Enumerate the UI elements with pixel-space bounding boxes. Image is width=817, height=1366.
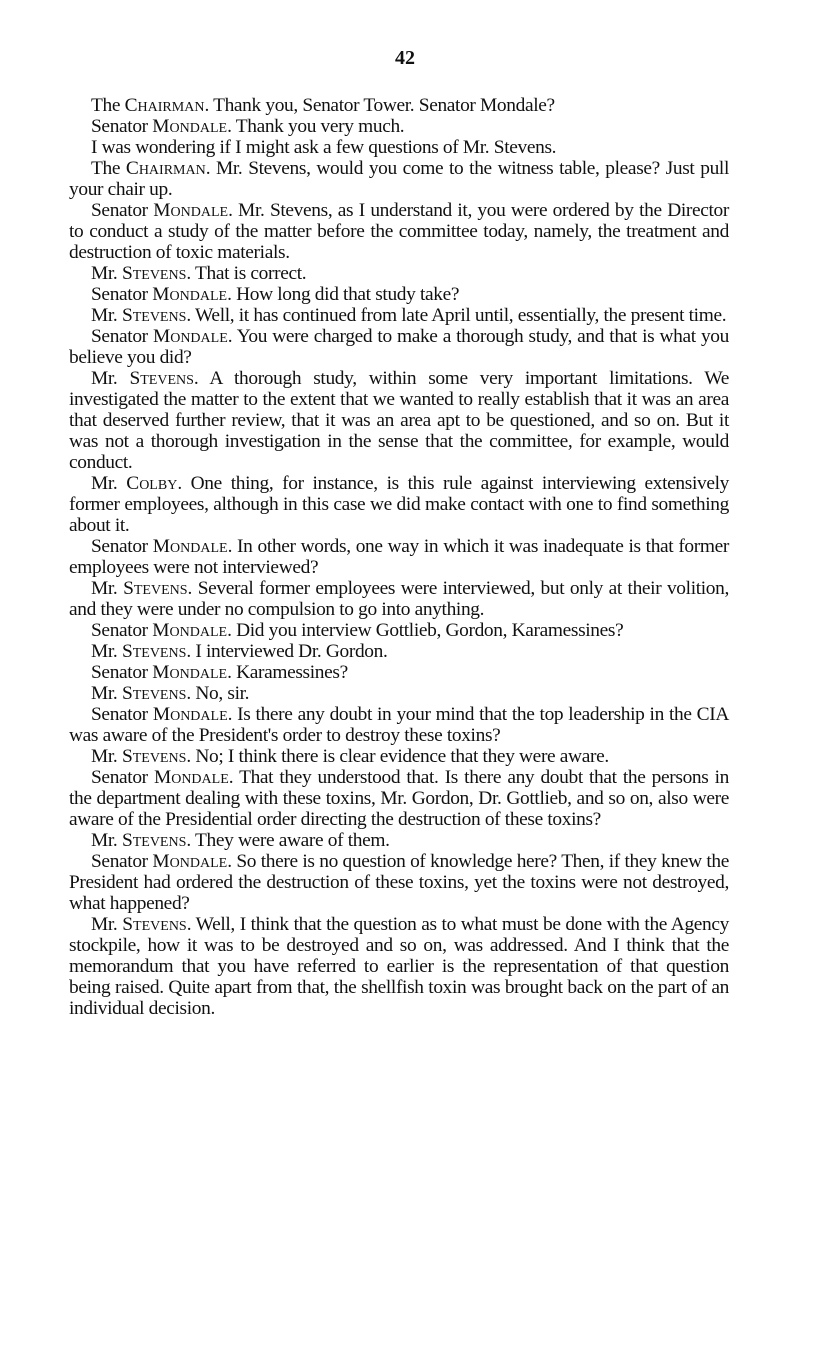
speaker-title: Mr. — [91, 914, 117, 935]
speech-text: Well, it has continued from late April u… — [191, 305, 726, 326]
speech-text: Karamessines? — [232, 662, 348, 683]
transcript-paragraph: Mr. Stevens. Well, it has continued from… — [69, 305, 729, 326]
transcript-paragraph: Mr. Stevens. I interviewed Dr. Gordon. — [69, 641, 729, 662]
speech-text: Thank you very much. — [232, 116, 405, 137]
speaker-name: Mondale — [152, 116, 227, 137]
speech-text: No, sir. — [191, 683, 249, 704]
speech-text: How long did that study take? — [232, 284, 460, 305]
document-page: 42 The Chairman. Thank you, Senator Towe… — [69, 48, 729, 1019]
transcript-paragraph: Senator Mondale. So there is no question… — [69, 851, 729, 914]
transcript-paragraph: Mr. Colby. One thing, for instance, is t… — [69, 473, 729, 536]
speaker-name: Stevens — [122, 683, 186, 704]
transcript-paragraph: I was wondering if I might ask a few que… — [69, 137, 729, 158]
speaker-title: Senator — [91, 116, 148, 137]
page-number: 42 — [69, 48, 729, 69]
transcript-paragraph: Senator Mondale. You were charged to mak… — [69, 326, 729, 368]
speaker-title: Mr. — [91, 830, 117, 851]
transcript-paragraph: Mr. Stevens. No; I think there is clear … — [69, 746, 729, 767]
transcript-paragraph: Senator Mondale. In other words, one way… — [69, 536, 729, 578]
speaker-name: Mondale — [153, 536, 228, 557]
transcript-paragraph: Senator Mondale. Is there any doubt in y… — [69, 704, 729, 746]
speech-text: They were aware of them. — [191, 830, 390, 851]
speaker-name: Stevens — [122, 641, 186, 662]
speaker-title: Mr. — [91, 683, 117, 704]
speaker-name: Chairman — [126, 158, 206, 179]
transcript-paragraph: Mr. Stevens. That is correct. — [69, 263, 729, 284]
hearing-transcript: The Chairman. Thank you, Senator Tower. … — [69, 95, 729, 1019]
transcript-paragraph: Mr. Stevens. They were aware of them. — [69, 830, 729, 851]
speaker-name: Mondale — [153, 326, 228, 347]
speech-text: I interviewed Dr. Gordon. — [191, 641, 388, 662]
speaker-name: Stevens — [122, 305, 186, 326]
speaker-title: Mr. — [91, 305, 117, 326]
transcript-paragraph: Senator Mondale. Did you interview Gottl… — [69, 620, 729, 641]
transcript-paragraph: Senator Mondale. Mr. Stevens, as I under… — [69, 200, 729, 263]
speech-text: No; I think there is clear evidence that… — [191, 746, 609, 767]
transcript-paragraph: The Chairman. Thank you, Senator Tower. … — [69, 95, 729, 116]
speaker-name: Mondale — [152, 284, 227, 305]
transcript-paragraph: The Chairman. Mr. Stevens, would you com… — [69, 158, 729, 200]
speaker-title: Senator — [91, 326, 148, 347]
speaker-name: Colby — [126, 473, 177, 494]
speaker-title: Senator — [91, 284, 148, 305]
speaker-title: Senator — [91, 620, 148, 641]
speaker-title: Senator — [91, 536, 148, 557]
speaker-name: Mondale — [152, 662, 227, 683]
transcript-paragraph: Senator Mondale. How long did that study… — [69, 284, 729, 305]
speech-text: That is correct. — [191, 263, 306, 284]
speech-text: Thank you, Senator Tower. Senator Mondal… — [209, 95, 555, 116]
speaker-title: Mr. — [91, 368, 117, 389]
transcript-paragraph: Mr. Stevens. A thorough study, within so… — [69, 368, 729, 473]
speaker-name: Stevens — [129, 368, 193, 389]
speaker-title: Senator — [91, 662, 148, 683]
speaker-name: Stevens — [122, 914, 186, 935]
speaker-name: Mondale — [153, 200, 228, 221]
speech-text: Did you interview Gottlieb, Gordon, Kara… — [232, 620, 624, 641]
transcript-paragraph: Senator Mondale. Thank you very much. — [69, 116, 729, 137]
transcript-paragraph: Mr. Stevens. No, sir. — [69, 683, 729, 704]
transcript-paragraph: Mr. Stevens. Several former employees we… — [69, 578, 729, 620]
speaker-name: Mondale — [152, 851, 227, 872]
speaker-title: Senator — [91, 851, 148, 872]
speaker-title: Mr. — [91, 473, 117, 494]
speaker-name: Stevens — [122, 830, 186, 851]
speaker-name: Stevens — [122, 263, 186, 284]
speaker-name: Stevens — [123, 578, 187, 599]
speaker-title: The — [91, 158, 120, 179]
speaker-name: Mondale — [153, 704, 228, 725]
transcript-paragraph: Senator Mondale. Karamessines? — [69, 662, 729, 683]
speaker-name: Stevens — [122, 746, 186, 767]
speaker-name: Chairman — [125, 95, 205, 116]
transcript-paragraph: Senator Mondale. That they understood th… — [69, 767, 729, 830]
speaker-name: Mondale — [152, 620, 227, 641]
speaker-title: Mr. — [91, 263, 117, 284]
speaker-title: Mr. — [91, 578, 117, 599]
speaker-title: Senator — [91, 200, 148, 221]
speaker-name: Mondale — [154, 767, 229, 788]
speech-text: I was wondering if I might ask a few que… — [91, 137, 556, 158]
speaker-title: Senator — [91, 704, 148, 725]
speaker-title: Senator — [91, 767, 148, 788]
speaker-title: Mr. — [91, 641, 117, 662]
transcript-paragraph: Mr. Stevens. Well, I think that the ques… — [69, 914, 729, 1019]
speaker-title: The — [91, 95, 120, 116]
speaker-title: Mr. — [91, 746, 117, 767]
